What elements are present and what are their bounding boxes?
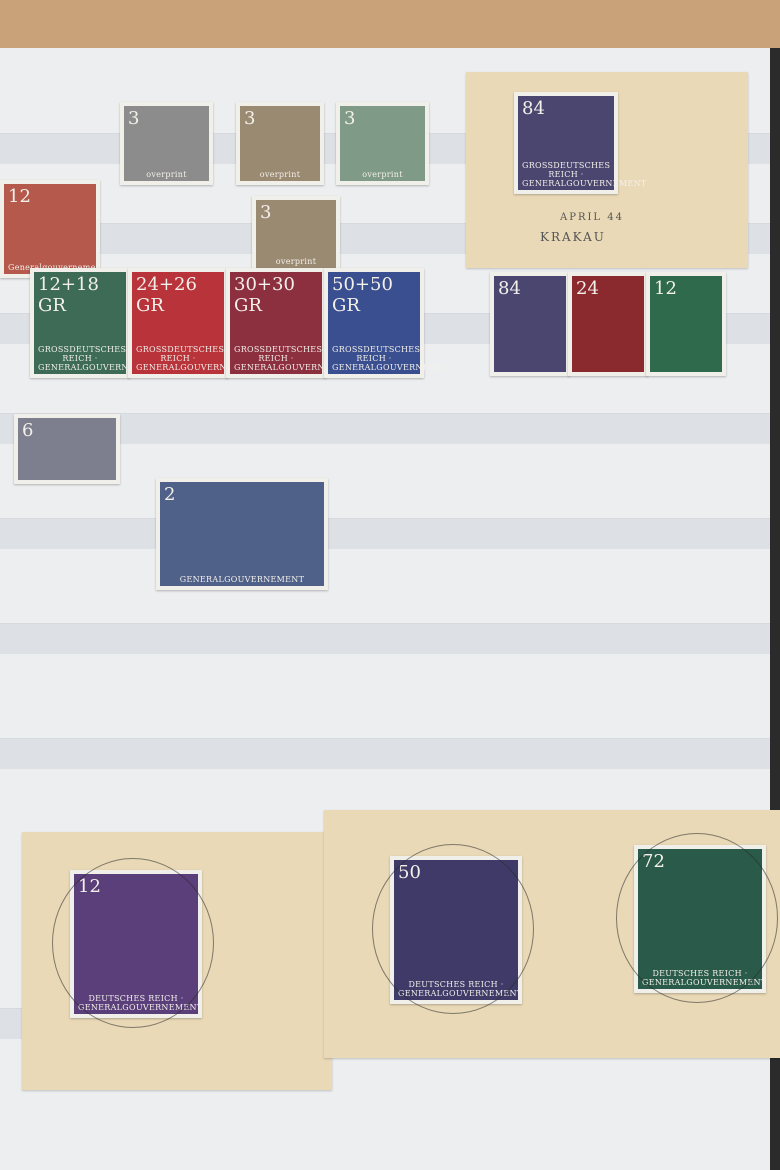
- culture-stamp: 12+18 GRGROSSDEUTSCHES REICH · GENERALGO…: [30, 268, 130, 378]
- stamp-value: 24+26 GR: [132, 272, 224, 318]
- page-strip: [0, 623, 770, 654]
- stamp-value: 6: [18, 418, 116, 443]
- stamp-value: 24: [572, 276, 644, 301]
- definitive-stamp: 12: [646, 272, 726, 376]
- stamp-inscription: [494, 368, 566, 372]
- stamp-inscription: GROSSDEUTSCHES REICH · GENERALGOUVERNEME…: [518, 159, 614, 190]
- stamp-value: 3: [256, 200, 336, 225]
- stamp-value: 30+30 GR: [230, 272, 322, 318]
- stamp-inscription: GENERALGOUVERNEMENT: [160, 573, 324, 586]
- overprint-stamp: 3overprint: [252, 196, 340, 272]
- stamp-value: 84: [494, 276, 566, 301]
- cancel-mark: [616, 833, 778, 1003]
- stamp-inscription: [18, 476, 116, 480]
- culture-stamp: 50+50 GRGROSSDEUTSCHES REICH · GENERALGO…: [324, 268, 424, 378]
- overprint-stamp: 12Generalgouvernement: [0, 180, 100, 278]
- stamp-inscription: overprint: [124, 168, 209, 181]
- postmark-text: KRAKAU: [540, 230, 606, 244]
- definitive-stamp: 84: [490, 272, 570, 376]
- cancel-mark: [372, 844, 534, 1014]
- stamp-inscription: GROSSDEUTSCHES REICH · GENERALGOUVERNEME…: [34, 343, 126, 374]
- stamp-value: 84: [518, 96, 614, 121]
- definitive-stamp: 24: [568, 272, 648, 376]
- stamp-value: 3: [240, 106, 320, 131]
- stamp-value: 3: [340, 106, 425, 131]
- page-strip: [0, 738, 770, 769]
- overprint-stamp: 3overprint: [120, 102, 213, 185]
- stamp-value: 12: [4, 184, 96, 209]
- postmark-date: APRIL 44: [560, 212, 624, 223]
- culture-stamp: 30+30 GRGROSSDEUTSCHES REICH · GENERALGO…: [226, 268, 326, 378]
- stamp-inscription: [650, 368, 722, 372]
- stamp-inscription: GROSSDEUTSCHES REICH · GENERALGOUVERNEME…: [230, 343, 322, 374]
- official-stamp: 6: [14, 414, 120, 484]
- castle-stamp: 2GENERALGOUVERNEMENT: [156, 478, 328, 590]
- overprint-stamp: 3overprint: [336, 102, 429, 185]
- stamp-inscription: overprint: [340, 168, 425, 181]
- stamp-inscription: overprint: [240, 168, 320, 181]
- stamp-value: 2: [160, 482, 324, 507]
- culture-stamp: 24+26 GRGROSSDEUTSCHES REICH · GENERALGO…: [128, 268, 228, 378]
- stamp-inscription: [572, 368, 644, 372]
- souvenir-stamp: 84GROSSDEUTSCHES REICH · GENERALGOUVERNE…: [514, 92, 618, 194]
- stamp-inscription: GROSSDEUTSCHES REICH · GENERALGOUVERNEME…: [132, 343, 224, 374]
- overprint-stamp: 3overprint: [236, 102, 324, 185]
- cancel-mark: [52, 858, 214, 1028]
- stamp-inscription: GROSSDEUTSCHES REICH · GENERALGOUVERNEME…: [328, 343, 420, 374]
- stamp-inscription: overprint: [256, 255, 336, 268]
- stamp-value: 50+50 GR: [328, 272, 420, 318]
- stamp-value: 12+18 GR: [34, 272, 126, 318]
- stamp-value: 3: [124, 106, 209, 131]
- page-strip: [0, 518, 770, 549]
- stamp-value: 12: [650, 276, 722, 301]
